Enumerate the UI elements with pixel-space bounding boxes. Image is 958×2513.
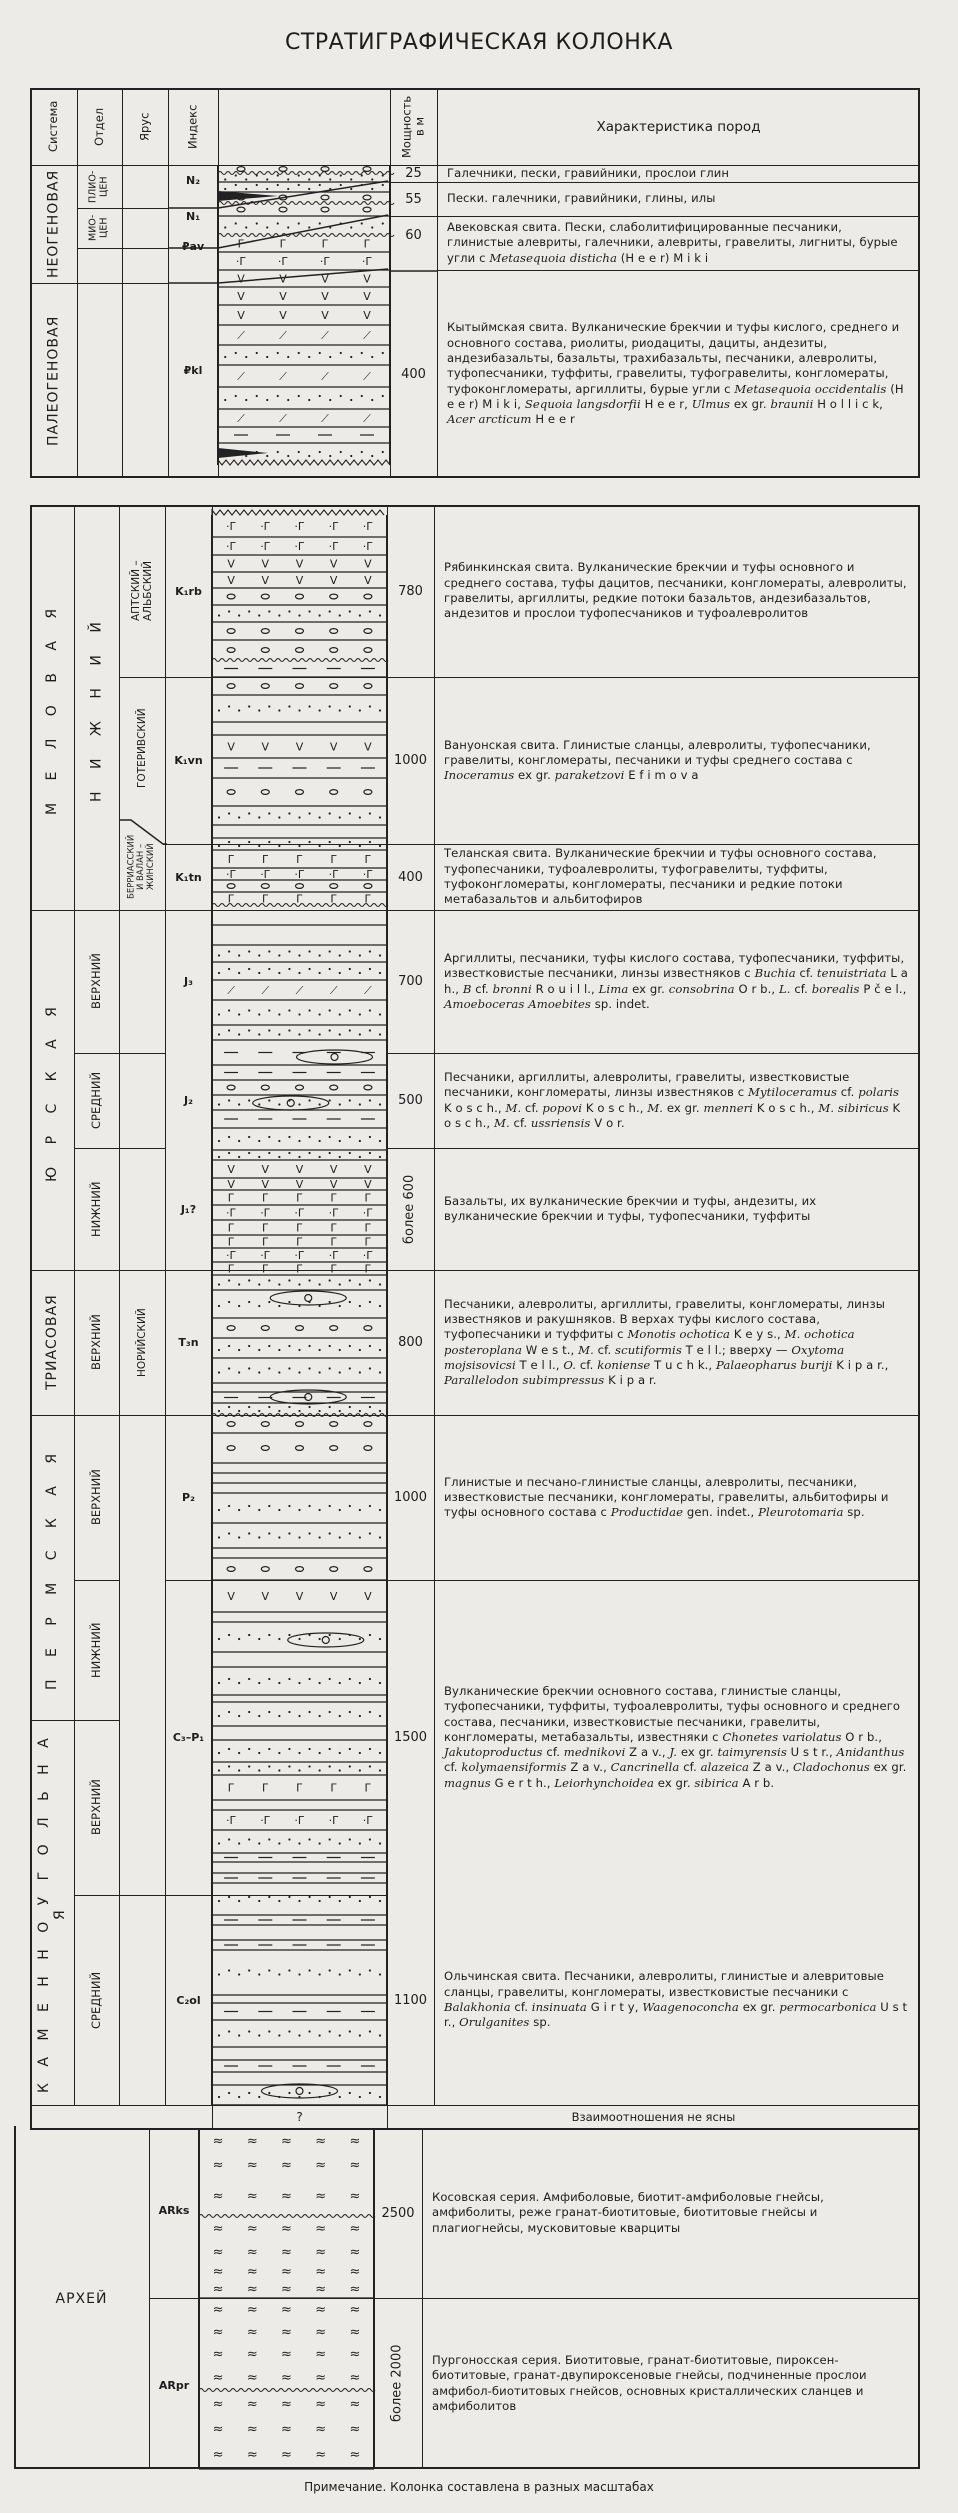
svg-text:V: V [363, 290, 371, 303]
svg-text:Г: Г [296, 1192, 303, 1205]
svg-text:≈: ≈ [213, 2303, 224, 2318]
svg-text:⟋: ⟋ [296, 984, 304, 997]
svg-text:≈: ≈ [281, 2325, 292, 2340]
svg-text:Г: Г [262, 853, 269, 866]
svg-text:Г: Г [228, 1236, 235, 1249]
svg-text:Г: Г [365, 853, 372, 866]
svg-text:≈: ≈ [281, 2303, 292, 2318]
svg-text:Г: Г [330, 1236, 337, 1249]
system-archean: АРХЕЙ [14, 2128, 149, 2469]
description-j3: Аргиллиты, песчаники, туфы кислого соста… [434, 910, 920, 1053]
svg-text:⟋: ⟋ [330, 984, 338, 997]
svg-text:≈: ≈ [315, 2422, 326, 2437]
svg-text:·Г: ·Г [329, 540, 339, 553]
svg-text:·Г: ·Г [226, 1249, 236, 1262]
svg-text:≈: ≈ [349, 2448, 360, 2463]
svg-text:≈: ≈ [315, 2245, 326, 2260]
description-arpr: Пургоносская серия. Биотитовые, гранат-б… [422, 2298, 920, 2469]
svg-text:Г: Г [280, 238, 287, 251]
series-upper-permian: ВЕРХНИЙ [74, 1415, 119, 1580]
svg-text:Г: Г [228, 853, 235, 866]
svg-text:·Г: ·Г [294, 1207, 304, 1220]
thickness-t3n: 800 [387, 1270, 434, 1415]
svg-text:V: V [227, 558, 235, 571]
svg-text:≈: ≈ [315, 2265, 326, 2280]
svg-text:V: V [262, 1178, 270, 1191]
svg-text:≈: ≈ [213, 2325, 224, 2340]
svg-text:≈: ≈ [349, 2245, 360, 2260]
svg-text:⟋: ⟋ [364, 984, 372, 997]
svg-text:≈: ≈ [315, 2325, 326, 2340]
svg-text:V: V [364, 1163, 372, 1176]
svg-text:V: V [296, 1590, 304, 1603]
svg-text:V: V [330, 558, 338, 571]
svg-text:Г: Г [365, 1236, 372, 1249]
description-k1tn: Теланская свита. Вулканические брекчии и… [434, 844, 920, 910]
svg-text:⟋: ⟋ [237, 370, 245, 383]
series-upper-jurassic: ВЕРХНИЙ [74, 910, 119, 1053]
description-k1rb: Рябинкинская свита. Вулканические брекчи… [434, 505, 920, 677]
svg-text:≈: ≈ [247, 2303, 258, 2318]
svg-text:⟋: ⟋ [237, 412, 245, 425]
svg-text:≈: ≈ [213, 2134, 224, 2149]
svg-text:⟋: ⟋ [261, 984, 269, 997]
svg-text:·Г: ·Г [236, 255, 246, 268]
svg-text:Г: Г [296, 853, 303, 866]
stage-aptian-albian: АПТСКИЙ – АЛЬБСКИЙ [119, 505, 165, 677]
svg-text:≈: ≈ [315, 2134, 326, 2149]
system-triassic: ТРИАСОВАЯ [30, 1270, 74, 1415]
svg-text:·Г: ·Г [329, 520, 339, 533]
thickness-pkl: 400 [390, 270, 437, 478]
svg-text:·Г: ·Г [363, 520, 373, 533]
svg-text:·Г: ·Г [329, 868, 339, 881]
index-j1: J₁? [165, 1148, 212, 1270]
thickness-j1: более 600 [387, 1148, 434, 1270]
svg-text:·Г: ·Г [226, 1207, 236, 1220]
index-t3n: T₃n [165, 1270, 212, 1415]
svg-text:≈: ≈ [213, 2222, 224, 2237]
header-characteristics: Характеристика пород [437, 88, 920, 165]
index-arks: ARks [149, 2200, 199, 2220]
thickness-n1: 55 [390, 182, 437, 216]
svg-text:Г: Г [296, 1782, 303, 1795]
svg-text:≈: ≈ [247, 2371, 258, 2386]
system-paleogene: ПАЛЕОГЕНОВАЯ [30, 283, 77, 478]
svg-text:≈: ≈ [247, 2422, 258, 2437]
svg-text:V: V [279, 309, 287, 322]
svg-text:≈: ≈ [213, 2245, 224, 2260]
svg-text:≈: ≈ [349, 2282, 360, 2297]
index-p2: P₂ [165, 1415, 212, 1580]
svg-text:Г: Г [262, 1222, 269, 1235]
svg-text:≈: ≈ [281, 2282, 292, 2297]
svg-text:Г: Г [262, 1236, 269, 1249]
svg-text:≈: ≈ [213, 2282, 224, 2297]
svg-text:·Г: ·Г [363, 1207, 373, 1220]
header-thickness: Мощность в м [390, 88, 437, 165]
svg-text:·Г: ·Г [363, 868, 373, 881]
system-jurassic: Ю Р С К А Я [30, 910, 74, 1270]
svg-text:V: V [296, 574, 304, 587]
svg-text:Г: Г [228, 1222, 235, 1235]
svg-text:·Г: ·Г [226, 520, 236, 533]
series-miocene: МИО- ЦЕН [77, 208, 122, 248]
svg-text:·Г: ·Г [260, 1814, 270, 1827]
system-permian: П Е Р М С К А Я [30, 1415, 74, 1720]
svg-text:≈: ≈ [349, 2303, 360, 2318]
svg-text:V: V [227, 741, 235, 754]
svg-text:⟋: ⟋ [227, 984, 235, 997]
svg-text:V: V [321, 273, 329, 286]
stage-norian: НОРИЙСКИЙ [119, 1270, 165, 1415]
svg-text:·Г: ·Г [260, 1207, 270, 1220]
svg-text:≈: ≈ [349, 2371, 360, 2386]
svg-text:Г: Г [364, 238, 371, 251]
svg-text:·Г: ·Г [329, 1249, 339, 1262]
svg-text:≈: ≈ [247, 2134, 258, 2149]
svg-text:·Г: ·Г [363, 1249, 373, 1262]
svg-text:V: V [296, 741, 304, 754]
svg-text:·Г: ·Г [294, 1814, 304, 1827]
svg-text:⟋: ⟋ [279, 412, 287, 425]
description-j1: Базальты, их вулканические брекчии и туф… [434, 1148, 920, 1270]
svg-text:≈: ≈ [349, 2325, 360, 2340]
svg-text:V: V [330, 1163, 338, 1176]
index-k1vn: K₁vn [165, 677, 212, 844]
description-c2ol: Ольчинская свита. Песчаники, алевролиты,… [434, 1895, 920, 2105]
system-cretaceous: М Е Л О В А Я [30, 505, 74, 910]
svg-text:V: V [279, 290, 287, 303]
svg-text:≈: ≈ [213, 2371, 224, 2386]
svg-text:≈: ≈ [349, 2189, 360, 2204]
svg-text:≈: ≈ [247, 2189, 258, 2204]
svg-text:≈: ≈ [247, 2347, 258, 2362]
svg-text:≈: ≈ [315, 2448, 326, 2463]
index-pkl: ₽kl [168, 360, 218, 380]
svg-text:Г: Г [322, 238, 329, 251]
svg-text:≈: ≈ [281, 2347, 292, 2362]
svg-text:·Г: ·Г [278, 255, 288, 268]
svg-text:V: V [364, 741, 372, 754]
description-p2: Глинистые и песчано-глинистые сланцы, ал… [434, 1415, 920, 1580]
svg-text:Г: Г [330, 1782, 337, 1795]
svg-text:Г: Г [330, 853, 337, 866]
footnote: Примечание. Колонка составлена в разных … [0, 2480, 958, 2494]
svg-text:≈: ≈ [349, 2347, 360, 2362]
svg-text:·Г: ·Г [294, 520, 304, 533]
svg-text:·Г: ·Г [226, 1814, 236, 1827]
thickness-c3p1: 1500 [387, 1580, 434, 1895]
svg-text:Г: Г [330, 1222, 337, 1235]
svg-text:Г: Г [228, 1192, 235, 1205]
svg-text:≈: ≈ [281, 2158, 292, 2173]
svg-text:V: V [262, 741, 270, 754]
svg-text:V: V [227, 1590, 235, 1603]
description-arks: Косовская серия. Амфиболовые, биотит-амф… [422, 2128, 920, 2298]
svg-text:·Г: ·Г [260, 540, 270, 553]
header-index: Индекс [168, 88, 218, 165]
svg-text:V: V [363, 273, 371, 286]
svg-text:⟋: ⟋ [237, 329, 245, 342]
svg-text:≈: ≈ [213, 2265, 224, 2280]
svg-text:⟋: ⟋ [279, 329, 287, 342]
index-pav: ₽av [168, 236, 218, 256]
stage-hauterivian: ГОТЕРИВСКИЙ [119, 677, 165, 820]
svg-text:⟋: ⟋ [321, 329, 329, 342]
svg-text:≈: ≈ [213, 2189, 224, 2204]
thickness-n2: 25 [390, 165, 437, 182]
svg-text:≈: ≈ [281, 2422, 292, 2437]
description-n1: Пески. галечники, гравийники, глины, илы [437, 182, 920, 216]
svg-text:V: V [330, 1590, 338, 1603]
svg-text:·Г: ·Г [294, 868, 304, 881]
svg-text:≈: ≈ [281, 2222, 292, 2237]
svg-text:≈: ≈ [349, 2265, 360, 2280]
svg-text:Г: Г [296, 1222, 303, 1235]
svg-text:≈: ≈ [213, 2158, 224, 2173]
series-lower-permian: НИЖНИЙ [74, 1580, 119, 1720]
lithology-column-cenozoic: ГГГГ·Г·Г·Г·ГVVVVVVVVVVVV⟋⟋⟋⟋⟋⟋⟋⟋⟋⟋⟋⟋ [218, 165, 390, 495]
index-k1tn: K₁tn [165, 844, 212, 910]
svg-text:V: V [364, 558, 372, 571]
svg-text:V: V [237, 273, 245, 286]
svg-text:V: V [330, 574, 338, 587]
svg-text:V: V [330, 1178, 338, 1191]
svg-text:≈: ≈ [315, 2158, 326, 2173]
svg-text:≈: ≈ [281, 2189, 292, 2204]
thickness-arks: 2500 [374, 2128, 422, 2298]
svg-text:Г: Г [262, 1263, 269, 1276]
svg-text:≈: ≈ [315, 2303, 326, 2318]
svg-text:V: V [330, 741, 338, 754]
svg-text:≈: ≈ [315, 2282, 326, 2297]
svg-text:≈: ≈ [349, 2422, 360, 2437]
svg-text:·Г: ·Г [260, 520, 270, 533]
svg-text:·Г: ·Г [226, 868, 236, 881]
series-middle-jurassic: СРЕДНИЙ [74, 1053, 119, 1148]
svg-text:≈: ≈ [247, 2222, 258, 2237]
svg-text:·Г: ·Г [362, 255, 372, 268]
thickness-k1tn: 400 [387, 844, 434, 910]
svg-text:·Г: ·Г [363, 540, 373, 553]
series-lower-jurassic: НИЖНИЙ [74, 1148, 119, 1270]
thickness-k1rb: 780 [387, 505, 434, 677]
svg-text:⟋: ⟋ [279, 370, 287, 383]
svg-text:·Г: ·Г [260, 1249, 270, 1262]
svg-text:Г: Г [365, 1263, 372, 1276]
svg-text:V: V [296, 1163, 304, 1176]
svg-text:·Г: ·Г [329, 1814, 339, 1827]
thickness-j2: 500 [387, 1053, 434, 1148]
svg-text:V: V [279, 273, 287, 286]
svg-text:≈: ≈ [247, 2265, 258, 2280]
svg-text:V: V [227, 1163, 235, 1176]
svg-text:V: V [227, 1178, 235, 1191]
index-j2: J₂ [165, 1053, 212, 1148]
svg-text:≈: ≈ [315, 2371, 326, 2386]
svg-text:V: V [262, 558, 270, 571]
svg-text:·Г: ·Г [363, 1814, 373, 1827]
svg-text:·Г: ·Г [294, 540, 304, 553]
thickness-k1vn: 1000 [387, 677, 434, 844]
svg-text:·Г: ·Г [260, 868, 270, 881]
svg-text:·Г: ·Г [226, 540, 236, 553]
svg-text:≈: ≈ [247, 2448, 258, 2463]
svg-text:≈: ≈ [281, 2448, 292, 2463]
svg-text:·Г: ·Г [294, 1249, 304, 1262]
svg-text:V: V [363, 309, 371, 322]
svg-text:≈: ≈ [315, 2397, 326, 2412]
description-j2: Песчаники, аргиллиты, алевролиты, гравел… [434, 1053, 920, 1148]
svg-text:≈: ≈ [281, 2265, 292, 2280]
series-upper-triassic: ВЕРХНИЙ [74, 1270, 119, 1415]
system-neogene: НЕОГЕНОВАЯ [30, 165, 77, 283]
svg-text:≈: ≈ [315, 2189, 326, 2204]
svg-text:V: V [321, 309, 329, 322]
series-upper-carboniferous: ВЕРХНИЙ [74, 1720, 119, 1895]
svg-text:≈: ≈ [349, 2134, 360, 2149]
svg-text:Г: Г [296, 1236, 303, 1249]
svg-text:≈: ≈ [281, 2245, 292, 2260]
svg-text:≈: ≈ [213, 2347, 224, 2362]
svg-text:Г: Г [330, 1263, 337, 1276]
svg-text:V: V [237, 309, 245, 322]
thickness-j3: 700 [387, 910, 434, 1053]
description-t3n: Песчаники, алевролиты, аргиллиты, гравел… [434, 1270, 920, 1415]
svg-text:Г: Г [330, 1192, 337, 1205]
index-n2: N₂ [168, 170, 218, 190]
thickness-pav: 60 [390, 216, 437, 254]
svg-text:V: V [296, 1178, 304, 1191]
index-c2ol: C₂ol [165, 1895, 212, 2105]
svg-text:V: V [296, 558, 304, 571]
svg-text:Г: Г [228, 1263, 235, 1276]
series-pliocene: ПЛИО- ЦЕН [77, 165, 122, 208]
series-middle-carboniferous: СРЕДНИЙ [74, 1895, 119, 2105]
lithology-column-mesozoic-paleozoic: ·Г·Г·Г·Г·Г·Г·Г·Г·Г·ГVVVVVVVVVVVVVVVГГГГГ… [212, 490, 387, 2130]
svg-text:≈: ≈ [247, 2158, 258, 2173]
svg-text:V: V [364, 1590, 372, 1603]
description-pav: Авековская свита. Пески, слаболитифициро… [437, 216, 920, 270]
svg-text:V: V [227, 574, 235, 587]
system-carboniferous: К А М Е Н Н О У Г О Л Ь Н А Я [30, 1720, 74, 2105]
svg-text:Г: Г [365, 1222, 372, 1235]
svg-text:≈: ≈ [213, 2422, 224, 2437]
svg-text:≈: ≈ [281, 2134, 292, 2149]
header-series: Отдел [77, 88, 122, 165]
svg-text:Г: Г [365, 1192, 372, 1205]
svg-text:·Г: ·Г [320, 255, 330, 268]
svg-text:≈: ≈ [247, 2282, 258, 2297]
svg-text:V: V [237, 290, 245, 303]
description-n2: Галечники, пески, гравийники, прослои гл… [437, 165, 920, 182]
thickness-c2ol: 1100 [387, 1895, 434, 2105]
svg-text:Г: Г [296, 1263, 303, 1276]
header-system: Система [30, 88, 77, 165]
svg-text:⟋: ⟋ [363, 370, 371, 383]
page-title: СТРАТИГРАФИЧЕСКАЯ КОЛОНКА [0, 30, 958, 55]
svg-text:V: V [364, 1178, 372, 1191]
svg-text:⟋: ⟋ [363, 412, 371, 425]
svg-text:Г: Г [262, 1782, 269, 1795]
svg-text:V: V [262, 1163, 270, 1176]
svg-text:V: V [262, 574, 270, 587]
svg-text:≈: ≈ [281, 2397, 292, 2412]
svg-text:V: V [321, 290, 329, 303]
index-n1: N₁ [168, 206, 218, 226]
thickness-arpr: более 2000 [374, 2298, 422, 2469]
svg-text:≈: ≈ [315, 2222, 326, 2237]
description-k1vn: Ванyонская свита. Глинистые сланцы, алев… [434, 677, 920, 844]
svg-text:⟋: ⟋ [321, 412, 329, 425]
index-c3p1: C₃–P₁ [165, 1580, 212, 1895]
lithology-column-archean: ≈≈≈≈≈≈≈≈≈≈≈≈≈≈≈≈≈≈≈≈≈≈≈≈≈≈≈≈≈≈≈≈≈≈≈≈≈≈≈≈… [199, 2128, 374, 2469]
svg-text:≈: ≈ [349, 2158, 360, 2173]
svg-text:Г: Г [238, 238, 245, 251]
header-stage: Ярус [122, 88, 168, 165]
svg-text:Г: Г [365, 1782, 372, 1795]
unknown-relationship-text: Взаимоотношения не ясны [387, 2105, 920, 2128]
svg-text:≈: ≈ [281, 2371, 292, 2386]
svg-text:V: V [364, 574, 372, 587]
index-j3: J₃ [165, 910, 212, 1053]
svg-text:≈: ≈ [349, 2222, 360, 2237]
svg-text:V: V [262, 1590, 270, 1603]
svg-text:≈: ≈ [213, 2397, 224, 2412]
svg-text:⟋: ⟋ [363, 329, 371, 342]
svg-text:·Г: ·Г [329, 1207, 339, 1220]
stage-berriasian-valanginian: БЕРРИАССКИЙ И ВАЛАН – ЖИНСКИЙ [119, 824, 165, 910]
description-pkl: Кытыймская свита. Вулканические брекчии … [437, 270, 920, 478]
svg-text:≈: ≈ [247, 2325, 258, 2340]
svg-text:Г: Г [228, 1782, 235, 1795]
thickness-p2: 1000 [387, 1415, 434, 1580]
index-arpr: ARpr [149, 2375, 199, 2395]
svg-text:Г: Г [262, 1192, 269, 1205]
description-c3p1: Вулканические брекчии основного состава,… [434, 1580, 920, 1895]
series-lower-cretaceous: Н И Ж Н И Й [74, 505, 119, 910]
svg-text:≈: ≈ [349, 2397, 360, 2412]
svg-text:≈: ≈ [247, 2245, 258, 2260]
svg-text:⟋: ⟋ [321, 370, 329, 383]
index-k1rb: K₁rb [165, 505, 212, 677]
svg-text:≈: ≈ [213, 2448, 224, 2463]
svg-text:≈: ≈ [247, 2397, 258, 2412]
svg-text:≈: ≈ [315, 2347, 326, 2362]
